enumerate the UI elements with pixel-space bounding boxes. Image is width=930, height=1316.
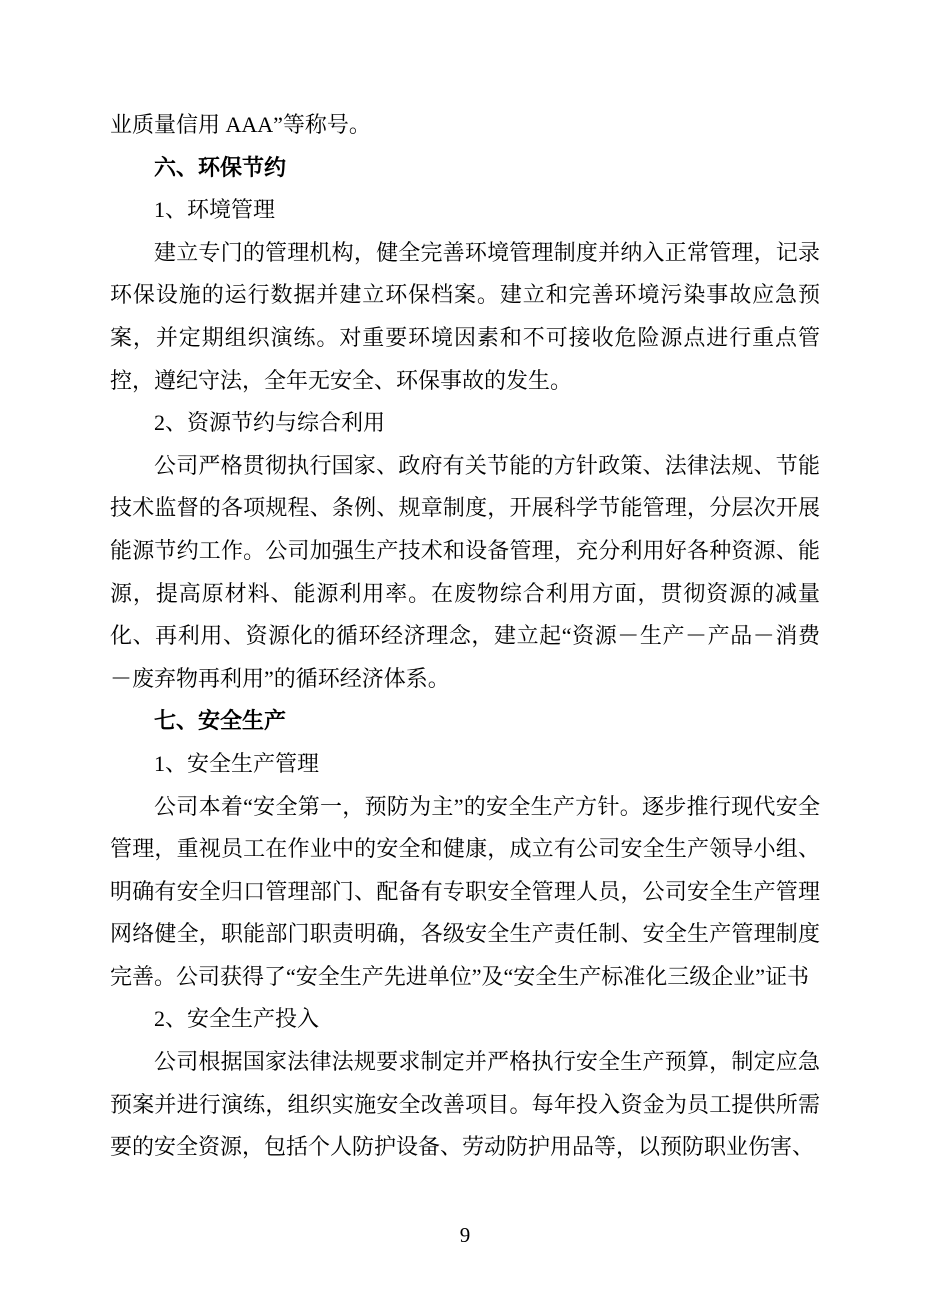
section-heading-safety: 七、安全生产 bbox=[110, 700, 820, 743]
section-heading-environment: 六、环保节约 bbox=[110, 147, 820, 190]
subheading-environment-management: 1、环境管理 bbox=[110, 189, 820, 232]
subheading-resource-conservation: 2、资源节约与综合利用 bbox=[110, 402, 820, 445]
paragraph-safety-investment: 公司根据国家法律法规要求制定并严格执行安全生产预算，制定应急预案并进行演练，组织… bbox=[110, 1041, 820, 1169]
subheading-safety-management: 1、安全生产管理 bbox=[110, 743, 820, 786]
document-page: 业质量信用 AAA”等称号。 六、环保节约 1、环境管理 建立专门的管理机构，健… bbox=[0, 0, 930, 1316]
paragraph-continuation: 业质量信用 AAA”等称号。 bbox=[110, 104, 820, 147]
subheading-safety-investment: 2、安全生产投入 bbox=[110, 998, 820, 1041]
paragraph-environment-management: 建立专门的管理机构，健全完善环境管理制度并纳入正常管理，记录环保设施的运行数据并… bbox=[110, 232, 820, 402]
paragraph-safety-management: 公司本着“安全第一，预防为主”的安全生产方针。逐步推行现代安全管理，重视员工在作… bbox=[110, 786, 820, 999]
document-body: 业质量信用 AAA”等称号。 六、环保节约 1、环境管理 建立专门的管理机构，健… bbox=[110, 104, 820, 1169]
page-number: 9 bbox=[0, 1222, 930, 1248]
paragraph-resource-conservation: 公司严格贯彻执行国家、政府有关节能的方针政策、法律法规、节能技术监督的各项规程、… bbox=[110, 445, 820, 701]
